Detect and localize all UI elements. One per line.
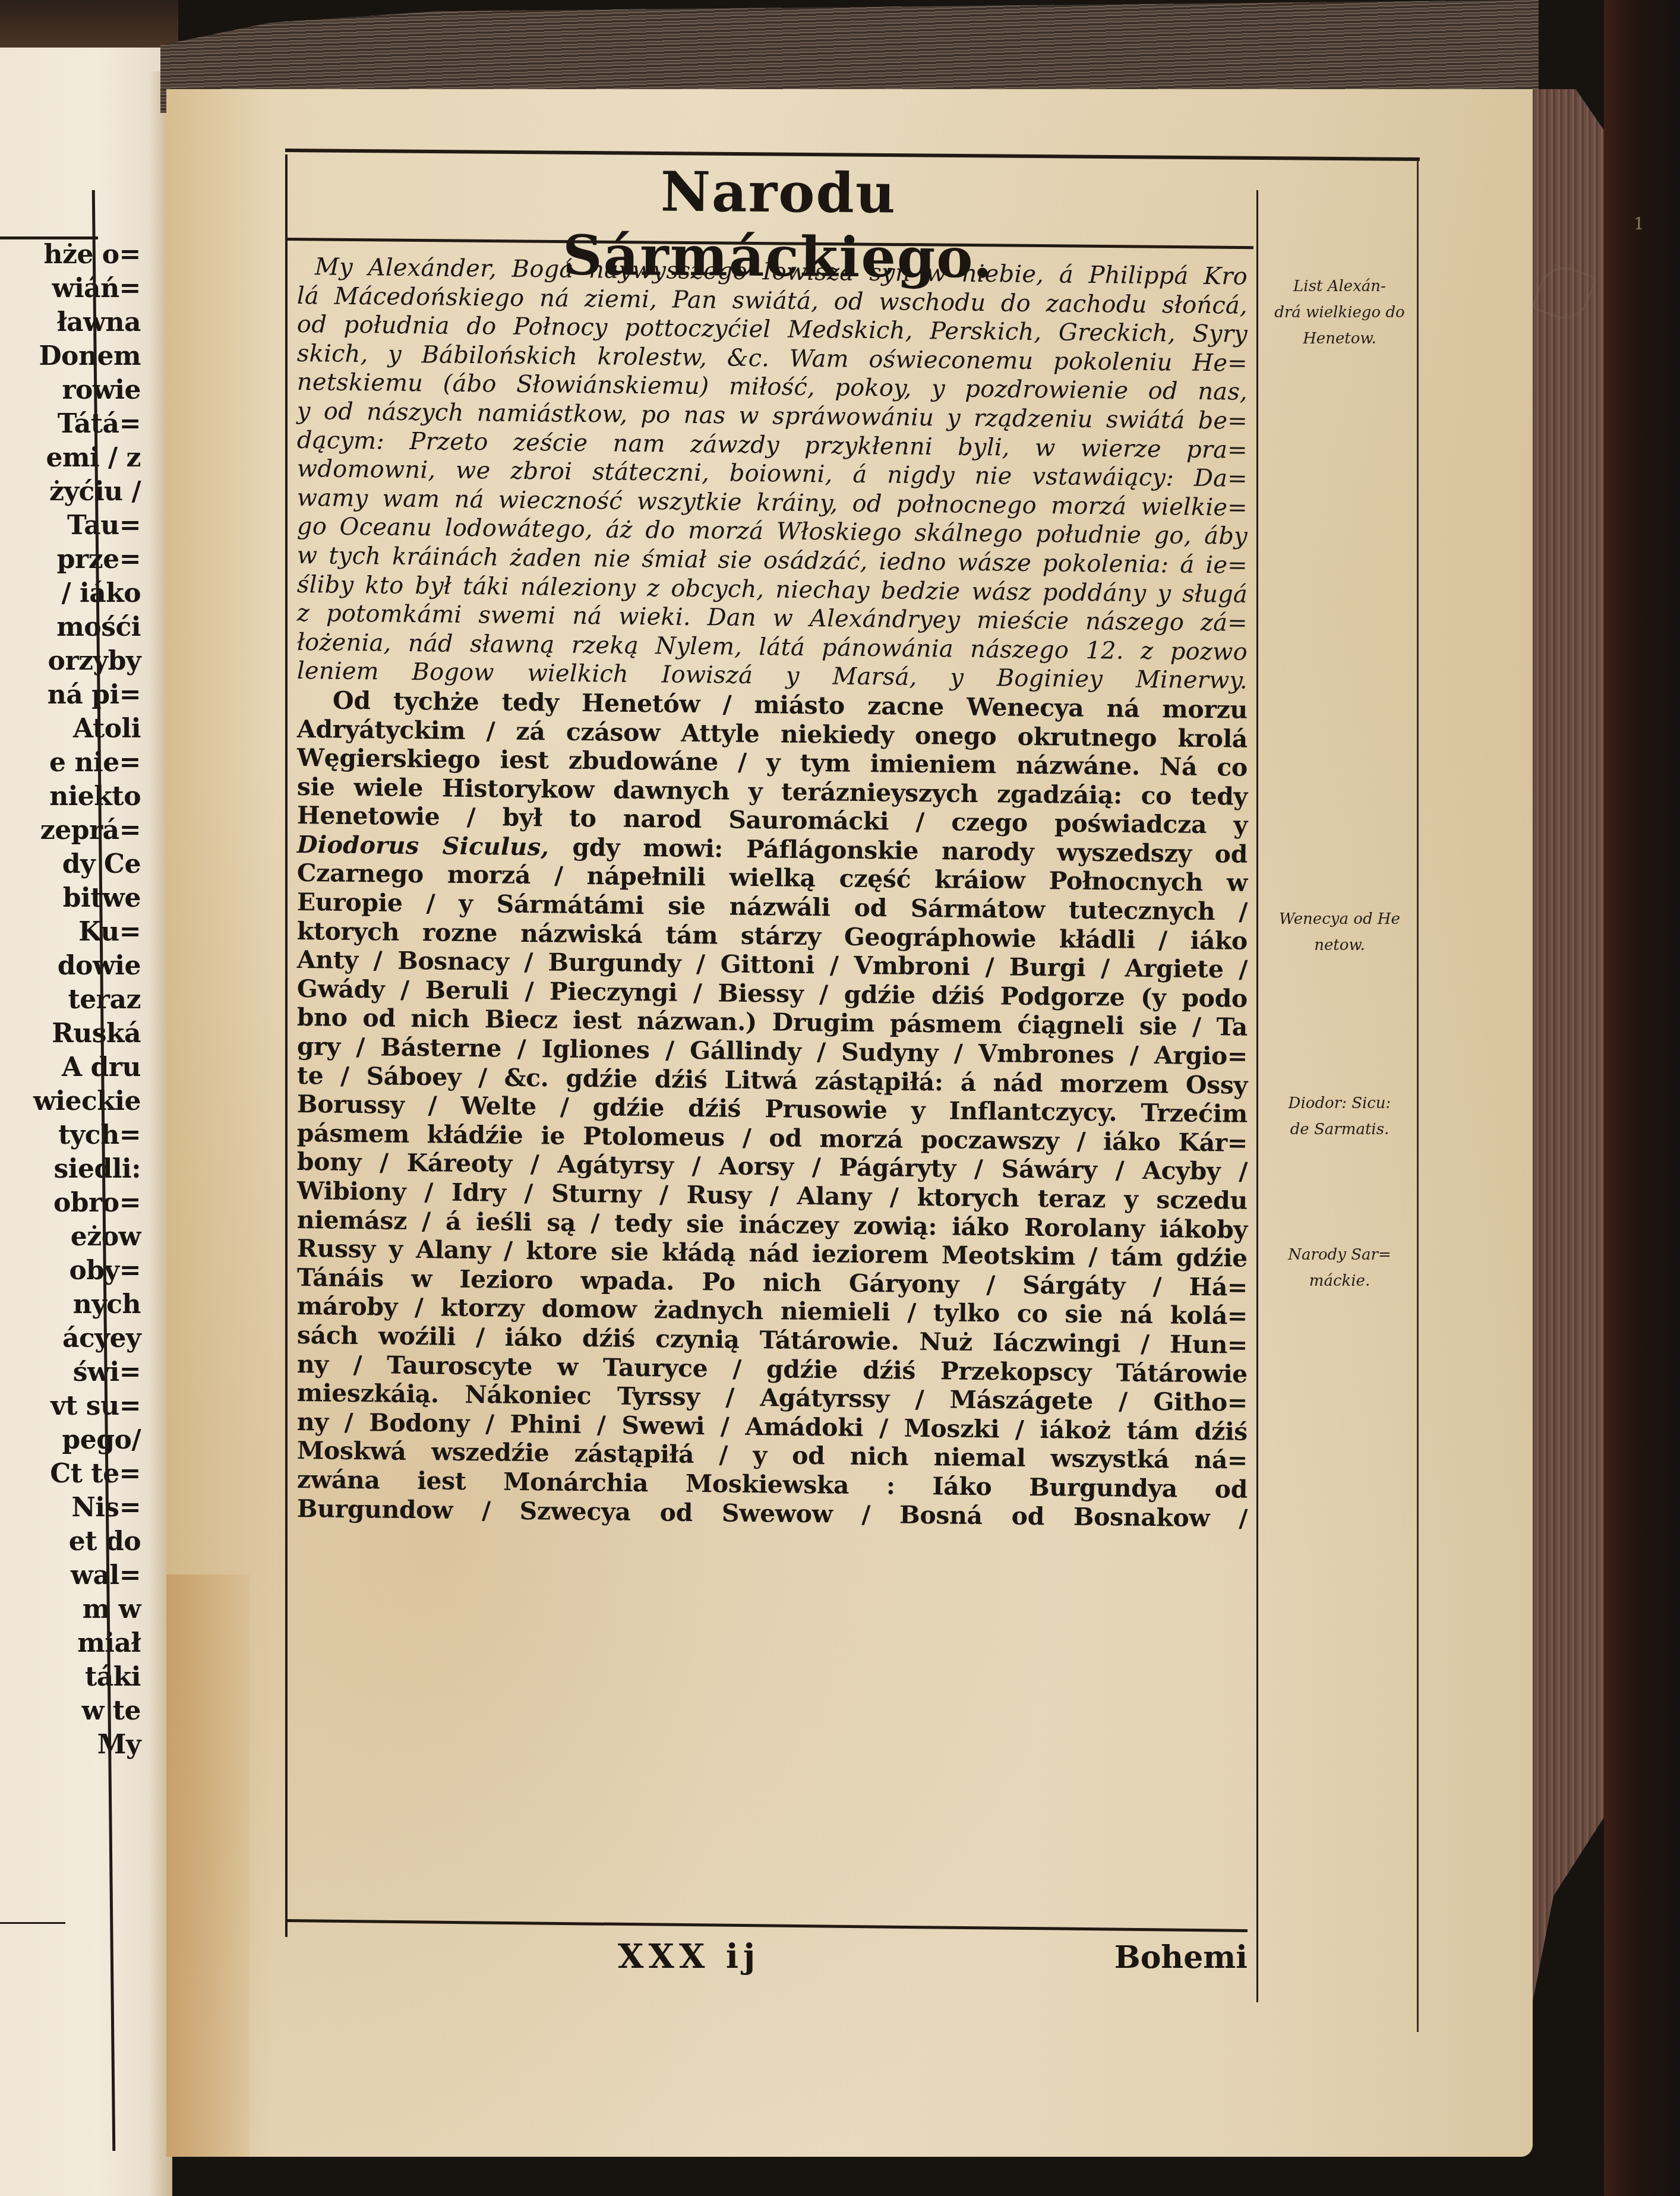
facing-page-line: żyćiu / (0, 475, 146, 509)
facing-page-line: e nie= (0, 746, 146, 780)
facing-page-line: pego/ (0, 1423, 146, 1457)
margin-note-line: Wenecya od He (1265, 906, 1414, 932)
facing-page-line: vt su= (0, 1389, 146, 1423)
facing-page-line: ławna (0, 305, 146, 339)
facing-page-line: emi / z (0, 441, 146, 475)
recto-page: 1 Narodu Sármáckiego. My Alexánder, Bogá… (166, 89, 1533, 2157)
margin-note-line: Diodor: Sicu: (1265, 1090, 1414, 1116)
margin-note-line: List Alexán- (1265, 273, 1414, 299)
facing-page-line: obro= (0, 1186, 146, 1220)
facing-page-line: Tátá= (0, 407, 146, 441)
facing-page-line: rowie (0, 373, 146, 407)
text-block-frame: Narodu Sármáckiego. My Alexánder, Bogá n… (285, 149, 1420, 1931)
facing-page-line: Atoli (0, 712, 146, 746)
facing-page-line: My (0, 1728, 146, 1762)
facing-page-line: / iáko (0, 576, 146, 610)
facing-page-line: Ruská (0, 1017, 146, 1050)
facing-page-line: wiáń= (0, 272, 146, 305)
facing-page-line: tych= (0, 1118, 146, 1152)
margin-note-line: de Sarmatis. (1265, 1116, 1414, 1143)
facing-page-line: nych (0, 1288, 146, 1321)
book-cover-right (1604, 0, 1680, 2196)
corner-mark: 1 (1634, 214, 1644, 234)
margin-column-rule (1256, 190, 1258, 2002)
facing-page-line: Tau= (0, 509, 146, 542)
catchword: Bohemi (1114, 1939, 1248, 1976)
facing-page-line: orzyby (0, 644, 146, 678)
margin-note-line: Henetow. (1265, 326, 1414, 352)
facing-page-line: A dru (0, 1050, 146, 1084)
page-edges-right (1527, 89, 1616, 2032)
margin-note: Narody Sar=máckie. (1265, 1242, 1414, 1294)
right-border-rule (1417, 160, 1419, 2032)
citation-italic: Diodorus Siculus, (297, 831, 573, 862)
left-border-rule (285, 154, 288, 1937)
body-text: My Alexánder, Bogá naywysszego Iowiszá s… (297, 253, 1248, 1523)
facing-page-line: prze= (0, 542, 146, 576)
facing-page-line: wal= (0, 1558, 146, 1592)
facing-page-line: ná pi= (0, 678, 146, 712)
page-footer: XXX ij Bohemi (285, 1931, 1253, 1990)
margin-note: Diodor: Sicu:de Sarmatis. (1265, 1090, 1414, 1143)
facing-page-text-fragments: hże o=wiáń=ławnaDonemrowieTátá=emi / zży… (0, 238, 146, 1762)
facing-page-line: Nis= (0, 1491, 146, 1525)
signature-mark: XXX ij (618, 1937, 760, 1976)
facing-page-bottom-rule (0, 1922, 65, 1924)
facing-page-line: teraz (0, 983, 146, 1017)
facing-page-line: bitwe (0, 881, 146, 915)
facing-page-line: Ku= (0, 915, 146, 949)
facing-page-line: zeprá= (0, 813, 146, 847)
facing-page: hże o=wiáń=ławnaDonemrowieTátá=emi / zży… (0, 48, 160, 2196)
facing-page-line: oby= (0, 1254, 146, 1288)
facing-page-line: świ= (0, 1355, 146, 1389)
margin-note-line: máckie. (1265, 1268, 1414, 1294)
facing-page-line: niekto (0, 780, 146, 813)
facing-page-line: Donem (0, 339, 146, 373)
facing-page-line: dy Ce (0, 847, 146, 881)
water-stain (166, 1575, 250, 2157)
facing-page-line: siedli: (0, 1152, 146, 1186)
margin-note-line: Narody Sar= (1265, 1242, 1414, 1268)
facing-page-line: mośći (0, 610, 146, 644)
margin-note-line: drá wielkiego do (1265, 299, 1414, 326)
facing-page-line: ácyey (0, 1321, 146, 1355)
facing-page-line: eżow (0, 1220, 146, 1254)
margin-note: List Alexán-drá wielkiego doHenetow. (1265, 273, 1414, 352)
bottom-rule (285, 1919, 1248, 1932)
margin-note: Wenecya od Henetow. (1265, 906, 1414, 958)
facing-page-line: Ct te= (0, 1457, 146, 1491)
facing-page-line: m w (0, 1592, 146, 1626)
facing-page-line: hże o= (0, 238, 146, 272)
facing-page-line: dowie (0, 949, 146, 983)
top-rule (285, 149, 1420, 161)
margin-note-line: netow. (1265, 932, 1414, 958)
facing-page-line: miał (0, 1626, 146, 1660)
facing-page-line: táki (0, 1660, 146, 1694)
facing-page-line: wieckie (0, 1084, 146, 1118)
facing-page-line: et do (0, 1525, 146, 1558)
facing-page-line: w te (0, 1694, 146, 1728)
